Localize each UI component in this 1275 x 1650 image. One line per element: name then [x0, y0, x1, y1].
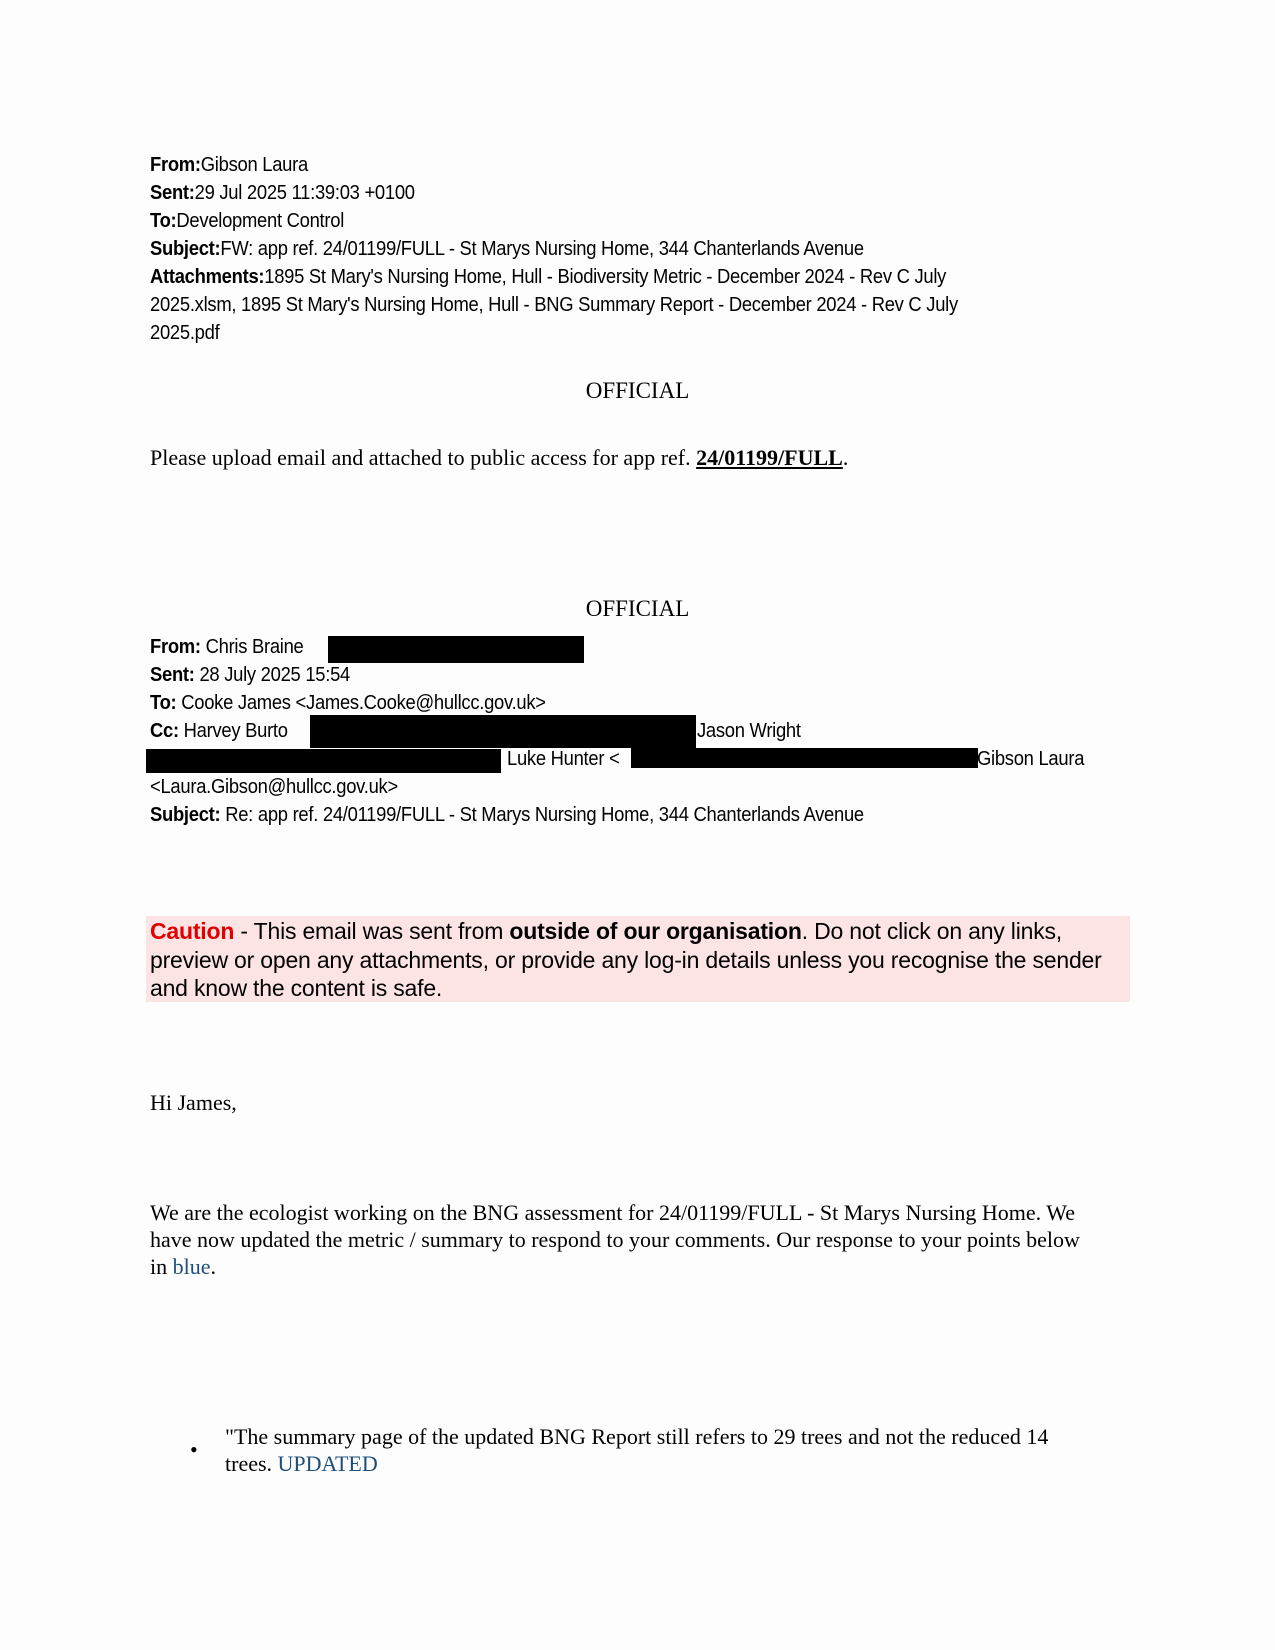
attachment-link[interactable]: 2025.xlsm, 1895 St Mary's Nursing Home, …	[150, 294, 958, 316]
body-paragraph-line: have now updated the metric / summary to…	[150, 1226, 1080, 1253]
original-cc-line: Cc: Harvey Burto	[150, 717, 288, 745]
subject-label: Subject:	[150, 804, 220, 826]
sent-label: Sent:	[150, 664, 195, 686]
forward-attachments-line: Attachments:1895 St Mary's Nursing Home,…	[150, 263, 946, 291]
original-to-line: To: Cooke James <James.Cooke@hullcc.gov.…	[150, 689, 546, 717]
forward-attachments-line-3[interactable]: 2025.pdf	[150, 319, 219, 347]
forward-subject-line: Subject:FW: app ref. 24/01199/FULL - St …	[150, 235, 864, 263]
body-paragraph-line: in blue.	[150, 1253, 216, 1280]
body-text: .	[211, 1254, 217, 1279]
cc-value-continued: <Laura.Gibson@hullcc.gov.uk>	[150, 773, 398, 801]
body-text: in	[150, 1254, 173, 1279]
forward-note-suffix: .	[843, 445, 849, 470]
cc-value: Luke Hunter <	[507, 745, 620, 773]
subject-label: Subject:	[150, 238, 220, 260]
attachments-label: Attachments:	[150, 266, 264, 288]
bullet-item-line: trees. UPDATED	[225, 1450, 378, 1477]
caution-banner-text: Caution - This email was sent from outsi…	[150, 917, 1140, 1003]
forward-to-line: To:Development Control	[150, 207, 344, 235]
classification-label: OFFICIAL	[0, 595, 1275, 622]
original-from-line: From: Chris Braine	[150, 633, 304, 661]
forward-attachments-line-2[interactable]: 2025.xlsm, 1895 St Mary's Nursing Home, …	[150, 291, 958, 319]
subject-value: FW: app ref. 24/01199/FULL - St Marys Nu…	[220, 238, 863, 260]
forward-note-text: Please upload email and attached to publ…	[150, 445, 696, 470]
redaction-block	[328, 636, 584, 663]
to-value: Cooke James <James.Cooke@hullcc.gov.uk>	[176, 692, 545, 714]
app-ref-link[interactable]: 24/01199/FULL	[696, 445, 843, 470]
forward-note: Please upload email and attached to publ…	[150, 444, 848, 471]
cc-label: Cc:	[150, 720, 179, 742]
caution-bold-text: outside of our organisation	[509, 918, 801, 944]
attachment-link[interactable]: 2025.pdf	[150, 322, 219, 344]
to-label: To:	[150, 210, 176, 232]
blue-highlight: blue	[173, 1254, 211, 1279]
attachment-link[interactable]: 1895 St Mary's Nursing Home, Hull - Biod…	[264, 266, 946, 288]
sent-value: 29 Jul 2025 11:39:03 +0100	[195, 182, 415, 204]
cc-value: Gibson Laura	[977, 745, 1084, 773]
body-paragraph-line: We are the ecologist working on the BNG …	[150, 1199, 1075, 1226]
from-value: Gibson Laura	[201, 154, 308, 176]
redaction-block	[310, 715, 696, 748]
from-value: Chris Braine	[201, 636, 304, 658]
caution-text: - This email was sent from	[234, 918, 509, 944]
greeting: Hi James,	[150, 1089, 237, 1116]
sent-label: Sent:	[150, 182, 195, 204]
caution-word: Caution	[150, 918, 234, 944]
subject-value: Re: app ref. 24/01199/FULL - St Marys Nu…	[220, 804, 863, 826]
forward-from-line: From:Gibson Laura	[150, 151, 308, 179]
from-label: From:	[150, 636, 201, 658]
from-label: From:	[150, 154, 201, 176]
to-label: To:	[150, 692, 176, 714]
sent-value: 28 July 2025 15:54	[195, 664, 350, 686]
cc-value: Jason Wright	[697, 717, 801, 745]
original-sent-line: Sent: 28 July 2025 15:54	[150, 661, 350, 689]
redaction-block	[631, 748, 978, 768]
cc-value: Harvey Burto	[179, 720, 288, 742]
redaction-block	[146, 749, 501, 773]
bullet-icon: •	[190, 1437, 198, 1463]
body-text: trees.	[225, 1451, 278, 1476]
bullet-item-line: "The summary page of the updated BNG Rep…	[225, 1423, 1048, 1450]
response-text: UPDATED	[278, 1451, 378, 1476]
original-subject-line: Subject: Re: app ref. 24/01199/FULL - St…	[150, 801, 864, 829]
forward-sent-line: Sent:29 Jul 2025 11:39:03 +0100	[150, 179, 415, 207]
to-value: Development Control	[176, 210, 344, 232]
classification-label: OFFICIAL	[0, 377, 1275, 404]
